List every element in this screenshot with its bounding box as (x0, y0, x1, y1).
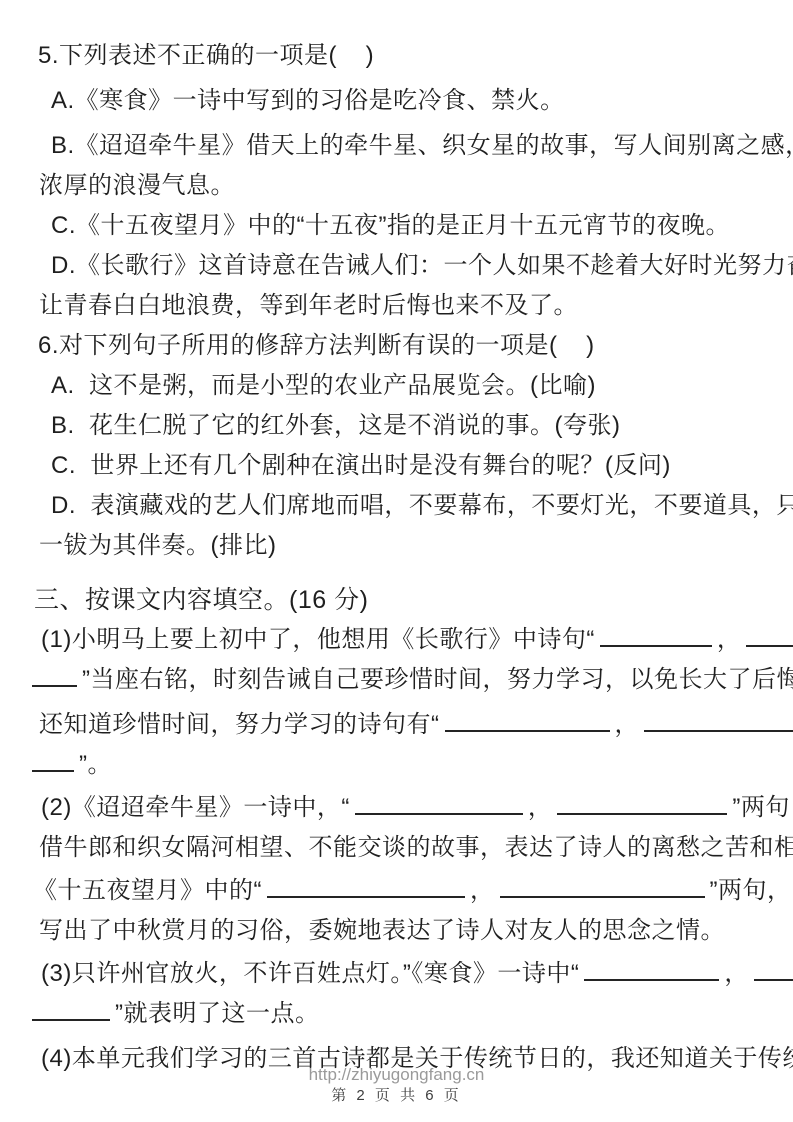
item1-line1: (1)小明马上要上初中了，他想用《长歌行》中诗句“， (33, 620, 765, 660)
q6-stem: 6.对下列句子所用的修辞方法判断有误的一项是( ) (33, 326, 765, 366)
q5-option-a: A.《寒食》一诗中写到的习俗是吃冷食、禁火。 (33, 81, 765, 121)
item3-line2: ”就表明了这一点。 (27, 994, 765, 1034)
item2-text1: (2)《迢迢牵牛星》一诗中，“ (41, 794, 350, 821)
q5-option-c: C.《十五夜望月》中的“十五夜”指的是正月十五元宵节的夜晚。 (33, 206, 765, 246)
item1-comma1: ， (717, 626, 742, 653)
item3-line1: (3)只许州官放火，不许百姓点灯。”《寒食》一诗中“， (33, 954, 765, 994)
fill-blank (267, 872, 465, 898)
footer-page-number: 第 2 页 共 6 页 (0, 1086, 793, 1106)
fill-blank (32, 746, 74, 772)
q5-option-d-line2: 让青春白白地浪费，等到年老时后悔也来不及了。 (33, 286, 765, 326)
fill-blank (644, 706, 793, 732)
item1-text3: 还知道珍惜时间，努力学习的诗句有“ (39, 711, 440, 738)
item1-comma2: ， (615, 711, 640, 738)
item2-line2: 借牛郎和织女隔河相望、不能交谈的故事，表达了诗人的离愁之苦和相思之情。 (33, 828, 765, 868)
document-body: 5.下列表述不正确的一项是( ) A.《寒食》一诗中写到的习俗是吃冷食、禁火。 … (33, 36, 765, 1079)
item2-text4: ”两句， (710, 877, 792, 904)
item1-text4: ”。 (79, 751, 112, 778)
q5-stem: 5.下列表述不正确的一项是( ) (33, 36, 765, 76)
fill-blank (584, 955, 719, 981)
page-footer: http://zhiyugongfang.cn 第 2 页 共 6 页 (0, 1064, 793, 1106)
footer-url: http://zhiyugongfang.cn (0, 1064, 793, 1086)
item2-line3: 《十五夜望月》中的“，”两句， (33, 871, 765, 911)
item2-comma2: ， (470, 877, 495, 904)
item2-text3: 《十五夜望月》中的“ (33, 877, 262, 904)
fill-blank (32, 661, 77, 687)
test-paper-page: 5.下列表述不正确的一项是( ) A.《寒食》一诗中写到的习俗是吃冷食、禁火。 … (0, 0, 793, 1122)
q5-option-d-line1: D.《长歌行》这首诗意在告诫人们：一个人如果不趁着大好时光努力奋斗， (33, 246, 765, 286)
section3-title: 三、按课文内容填空。(16 分) (33, 580, 765, 620)
fill-blank (500, 872, 705, 898)
item1-text1: (1)小明马上要上初中了，他想用《长歌行》中诗句“ (41, 626, 595, 653)
fill-blank (557, 789, 727, 815)
item2-comma1: ， (528, 794, 553, 821)
item3-comma1: ， (724, 960, 749, 987)
q6-option-b: B. 花生仁脱了它的红外套，这是不消说的事。(夸张) (33, 406, 765, 446)
q6-option-d-line2: 一钹为其伴奏。(排比) (33, 526, 765, 566)
fill-blank (754, 955, 793, 981)
fill-blank (355, 789, 523, 815)
fill-blank (32, 995, 110, 1021)
item1-text2: ”当座右铭，时刻告诫自己要珍惜时间，努力学习，以免长大了后悔。我 (82, 666, 793, 693)
q5-option-b-line1: B.《迢迢牵牛星》借天上的牵牛星、织女星的故事，写人间别离之感，充满 (33, 126, 765, 166)
q6-option-d-line1: D. 表演藏戏的艺人们席地而唱，不要幕布，不要灯光，不要道具，只要一鼓、 (33, 486, 765, 526)
fill-blank (600, 621, 712, 647)
q6-option-c: C. 世界上还有几个剧种在演出时是没有舞台的呢？(反问) (33, 446, 765, 486)
q5-option-b-line2: 浓厚的浪漫气息。 (33, 166, 765, 206)
item2-text2: ”两句 (732, 794, 790, 821)
item3-text1: (3)只许州官放火，不许百姓点灯。”《寒食》一诗中“ (41, 960, 579, 987)
fill-blank (445, 706, 610, 732)
item2-line1: (2)《迢迢牵牛星》一诗中，“，”两句 (33, 788, 765, 828)
item3-text2: ”就表明了这一点。 (115, 1000, 320, 1027)
item2-line4: 写出了中秋赏月的习俗，委婉地表达了诗人对友人的思念之情。 (33, 911, 765, 951)
item1-line4: ”。 (27, 745, 765, 785)
item1-line2: ”当座右铭，时刻告诫自己要珍惜时间，努力学习，以免长大了后悔。我 (27, 660, 765, 700)
item1-line3: 还知道珍惜时间，努力学习的诗句有“， (33, 705, 765, 745)
fill-blank (746, 621, 793, 647)
q6-option-a: A. 这不是粥，而是小型的农业产品展览会。(比喻) (33, 366, 765, 406)
